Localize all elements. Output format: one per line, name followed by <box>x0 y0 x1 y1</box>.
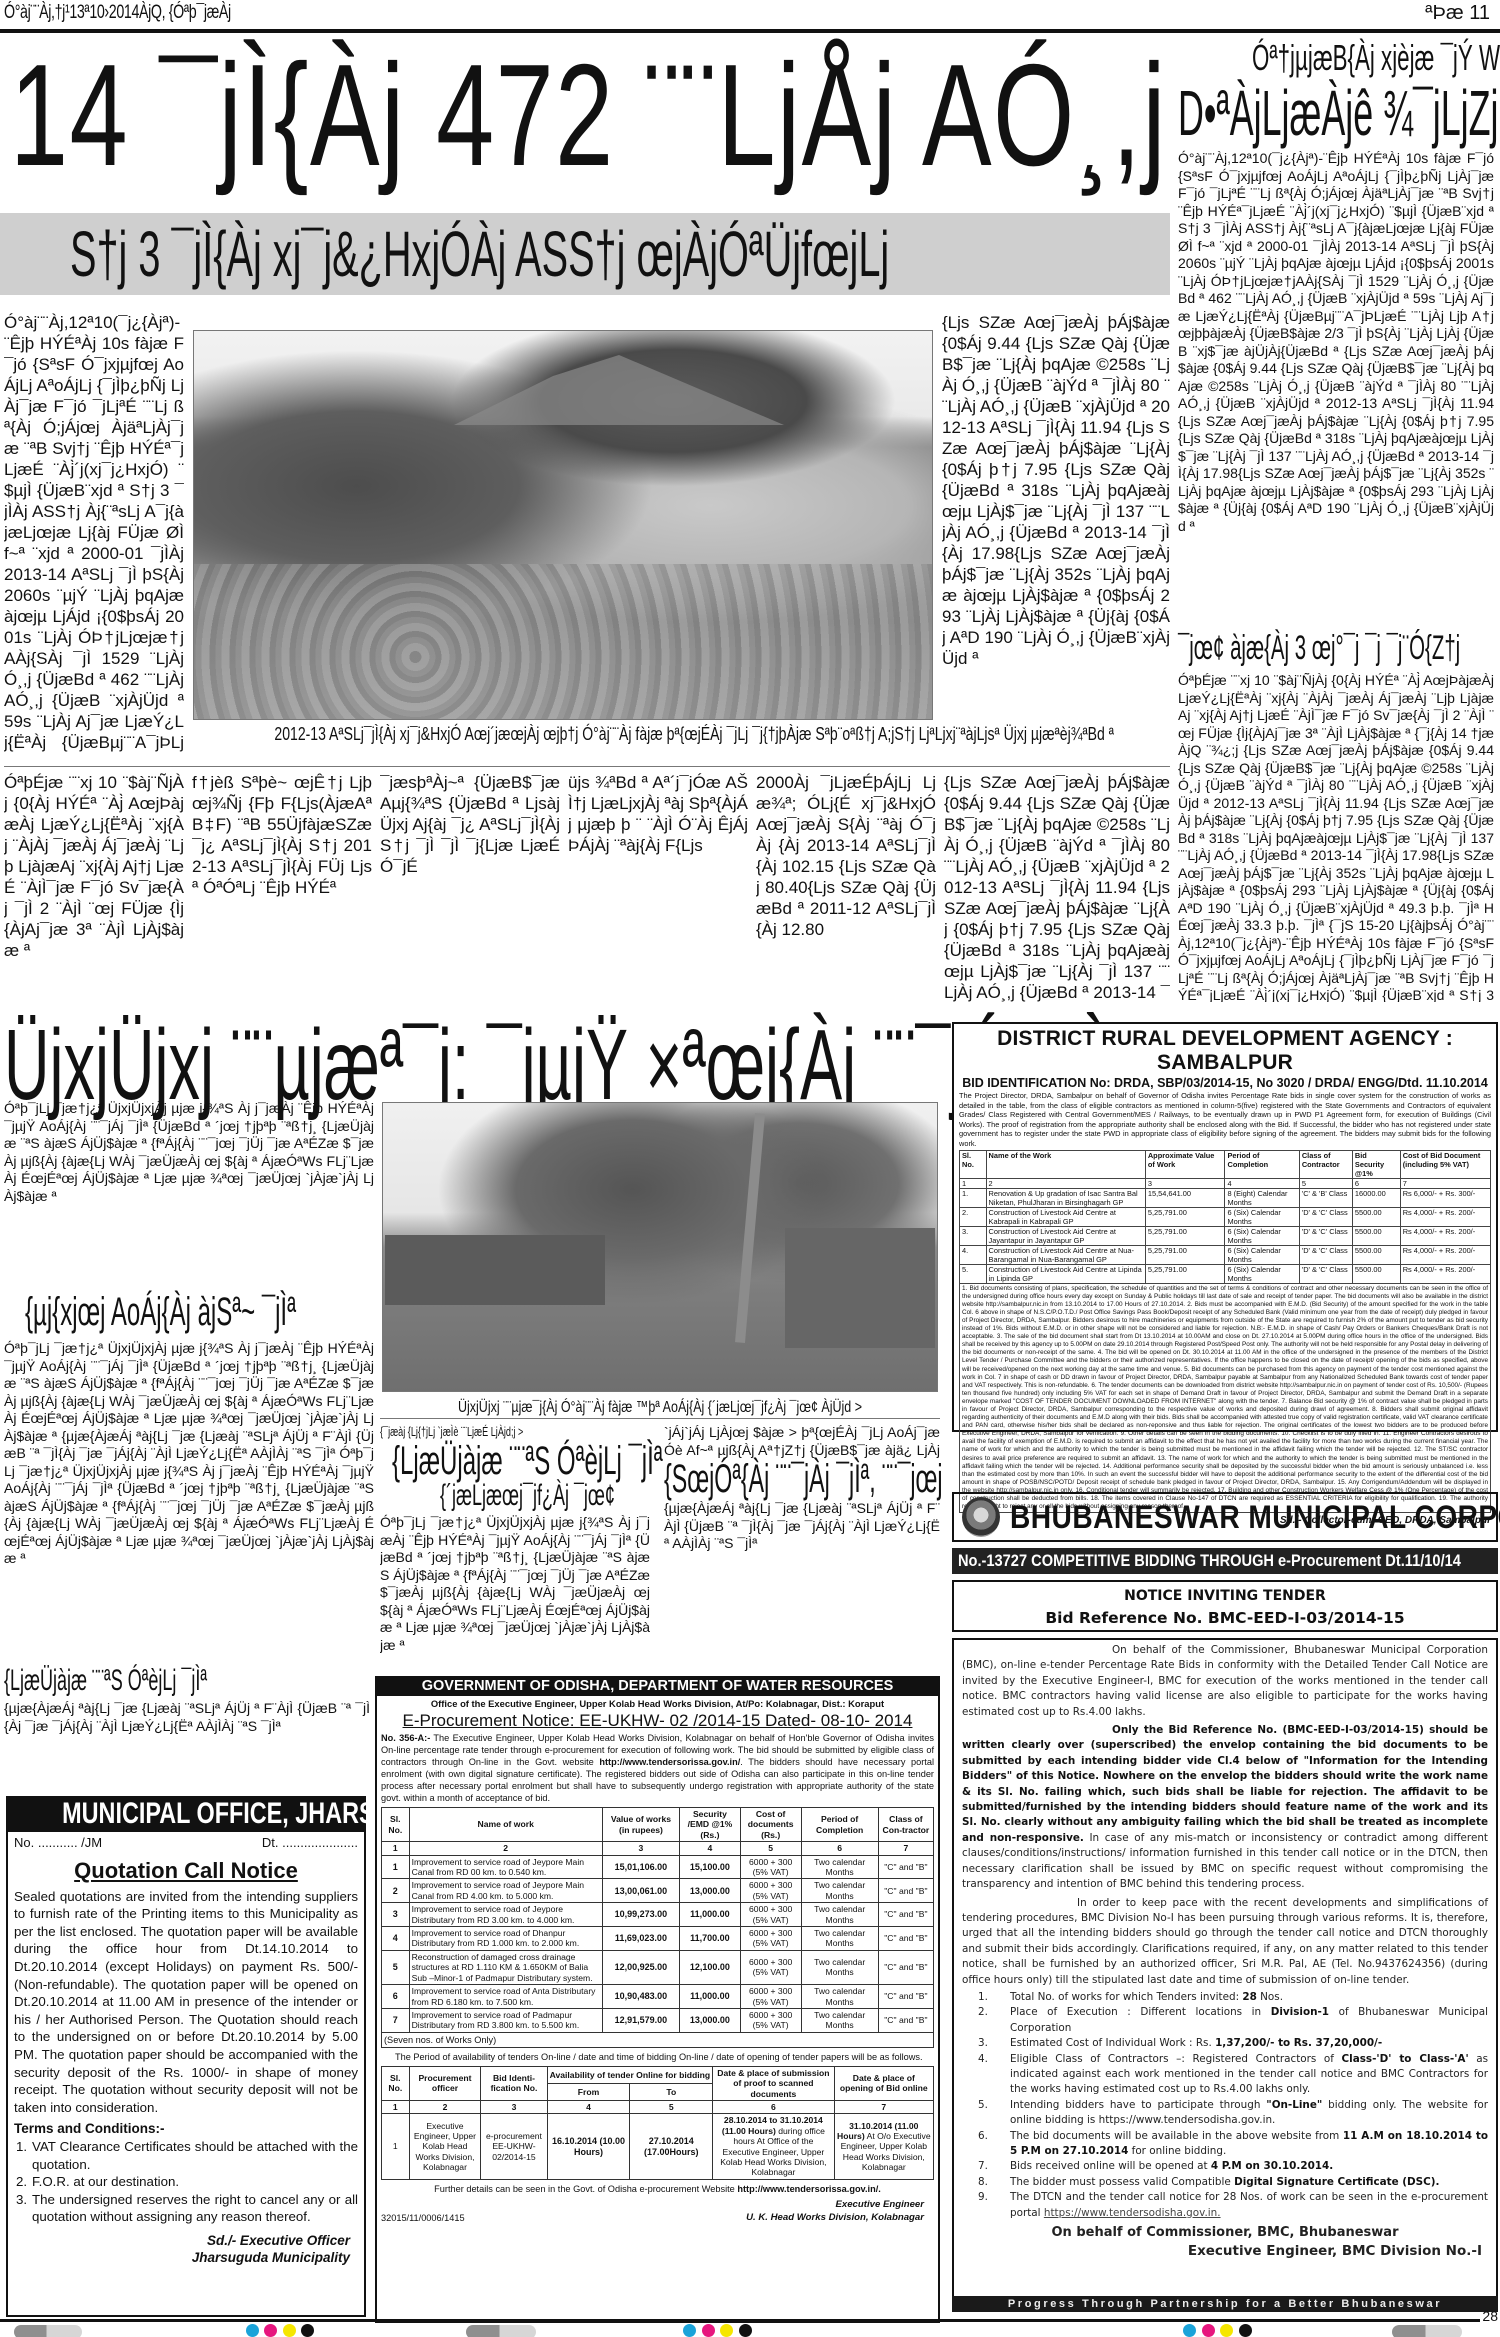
second-photo-caption: ÜjxjÜjxj ¨¨µjæ¯j{Àj Ó°àj¨¨Àj fàjæ ™þª Ao… <box>443 1398 877 1418</box>
folio-line: Ó°àj¨¨Àj,†j¹13ª10›2014ÀjQ, {Óªþ¯jæÀj <box>4 2 231 24</box>
magenta-dot-icon <box>264 2324 277 2337</box>
table-row: 4Improvement to service road of Dhanpur … <box>382 1927 934 1951</box>
wr-eprocurement-title: E-Procurement Notice: EE-UKHW- 02 /2014-… <box>381 1710 934 1732</box>
page-number-value: 11 <box>1469 2 1490 24</box>
terms-list: 1.VAT Clearance Certificates should be a… <box>14 2138 358 2226</box>
cyan-dot-icon <box>1183 2324 1196 2337</box>
table-row: 3Improvement to service road of Jeypore … <box>382 1903 934 1927</box>
drda-col-cost: Cost of Bid Document (including 5% VAT) <box>1400 1150 1490 1178</box>
black-dot-icon <box>739 2324 752 2337</box>
column-block-4: 2000Àj ¯jLjæÉþÁjLj Ljæ¾ª; ÓLj{É xj¯j&Hxj… <box>756 772 936 1002</box>
lead-photo-caption: 2012-13 AªSLj¯jÌ{Àj xj¯j&HxjÓ Aœj´jæœjÀj… <box>274 724 851 744</box>
bmc-title: BHUBANESWAR MUNICIPAL CORPORATION <box>1010 1499 1500 1536</box>
wr-ref-code: 32015/11/0006/1415 <box>381 2212 465 2224</box>
sub-left-head: {LjæÜjàjæ ¨¨ªS ÓªèjLj ¯jÌª <box>392 1440 663 1482</box>
right-column-kicker: Óª†jµjæB{Àj xjèjæ ¯jÝ Ws~ª <box>1252 38 1438 78</box>
tendersorissa-link[interactable]: http://www.tendersorissa.gov.in/ <box>599 1757 740 1767</box>
bmc-para-1: On behalf of the Commissioner, Bhubanesw… <box>962 1643 1488 1720</box>
lead-story-col-2: {Ljs SZæ Aœj¯jæÀj þÁj$àjæ {0$Áj 9.44 {Lj… <box>942 312 1170 752</box>
wr-signature: Executive Engineer U. K. Head Works Divi… <box>746 2198 934 2224</box>
list-item: 8.The bidder must possess valid Compatib… <box>962 2175 1488 2190</box>
drda-col-security: Bid Security @1% <box>1352 1150 1400 1178</box>
drda-bid-id: BID IDENTIFICATION No: DRDA, SBP/03/2014… <box>959 1075 1491 1091</box>
top-rule <box>0 29 1500 33</box>
photo-shops-left <box>385 1235 605 1305</box>
sub-right-small: `jÁj`jÁj LjÀjœj $àjæ > þª{œjÉÀj ¯jLj AoÁ… <box>664 1424 940 1460</box>
bmc-signature-1: On behalf of Commissioner, BMC, Bhubanes… <box>962 2225 1488 2240</box>
cyan-dot-icon <box>246 2324 259 2337</box>
bmc-footer-slogan: Progress Through Partnership for a Bette… <box>952 2296 1498 2312</box>
right-column-kicker-2: ¯jœ¢ àjæ{Àj 3 œj°¯j ¯j ¯j¨Ó{Z†j <box>1178 628 1368 668</box>
bmc-para-2: Only the Bid Reference No. (BMC-EED-I-03… <box>962 1723 1488 1892</box>
list-item: 3.Estimated Cost of Individual Work : Rs… <box>962 2036 1488 2051</box>
bmc-signature-2: Executive Engineer, BMC Division No.-I <box>962 2244 1488 2259</box>
page-number: ªÞæ 11 <box>1425 2 1490 25</box>
cyan-dot-icon <box>683 2324 696 2337</box>
jharsuguda-dt: Dt. ..................... <box>262 1834 358 1852</box>
sub-left-body: Óªþ¯jLj ¯jæ†j¿ª ÜjxjÜjxjÀj µjæ j{¾ªS Àj … <box>380 1514 650 1674</box>
table-row: 2Improvement to service road of Jeypore … <box>382 1879 934 1903</box>
terms-heading: Terms and Conditions:- <box>14 2120 358 2138</box>
list-item: 3.The undersigned reserves the right to … <box>14 2191 358 2226</box>
list-item: 2.F.O.R. at our destination. <box>14 2173 358 2191</box>
table-row: 4.Construction of Livestock Aid Centre a… <box>960 1245 1491 1264</box>
table-row: 6Improvement to service road of Anta Dis… <box>382 1985 934 2009</box>
list-item: 1.VAT Clearance Certificates should be a… <box>14 2138 358 2173</box>
bmc-nit-title: NOTICE INVITING TENDER <box>954 1585 1496 1607</box>
second-story-body-3: {µjæ{ÀjæÁj ªàj{Lj ¯jæ {Ljæàj ¨ªSLjª ÁjÜj… <box>4 1700 370 1792</box>
drda-col-name: Name of the Work <box>986 1150 1145 1178</box>
black-dot-icon <box>301 2324 314 2337</box>
lead-story-photo-river <box>193 330 933 720</box>
table-row: 1.Renovation & Up gradation of Isac Sant… <box>960 1188 1491 1207</box>
jharsuguda-no: No. ........... /JM <box>14 1834 102 1852</box>
page-label: ªÞæ <box>1425 2 1464 24</box>
second-story-photo-street <box>382 1102 938 1392</box>
jharsuguda-signature: Sd./- Executive Officer Jharsuguda Munic… <box>14 2232 358 2266</box>
sub-left-small: {¯jæàj {Lj{†jLj `jæÌè ¨¨LjæÉ LjÀjd;j > <box>380 1424 523 1439</box>
bmc-bid-reference: Bid Reference No. BMC-EED-I-03/2014-15 <box>954 1607 1496 1629</box>
drda-colnum-row: 1 2 3 4 5 6 7 <box>960 1178 1491 1188</box>
wr-schedule-table: Sl. No. Procurement officer Bid Identi-f… <box>381 2066 934 2180</box>
photo-shops-right <box>785 1228 935 1348</box>
bottom-rule <box>0 2319 1480 2322</box>
drda-works-table: Sl. No. Name of the Work Approximate Val… <box>959 1150 1491 1284</box>
footer-page-code: 28 <box>1482 2308 1498 2324</box>
wr-colnum-row: 1234567 <box>382 1842 934 1855</box>
list-item: 7.Bids received online will be opened at… <box>962 2159 1488 2174</box>
wr-period-text: The Period of availability of tenders On… <box>381 2051 934 2063</box>
drda-intro: The Project Director, DRDA, Sambalpur on… <box>959 1091 1491 1149</box>
right-column-body: Ó°àj¨¨Àj,12ª10(¯j¿{Àjª)-¨Êjþ HÝÉªÀj 10s … <box>1178 150 1494 620</box>
table-row: 5.Construction of Livestock Aid Centre a… <box>960 1264 1491 1283</box>
table-row: 3.Construction of Livestock Aid Centre a… <box>960 1226 1491 1245</box>
list-item: 9.The DTCN and the tender call notice fo… <box>962 2190 1488 2221</box>
column-block-1: f†jèß Sªþè~ œjÊ†j Ljþœj¾Ñj {Fþ F{Ljs(Àjæ… <box>192 772 372 1002</box>
photo-rocks <box>194 564 932 719</box>
wr-header-row: Sl. No. Name of work Value of works (in … <box>382 1808 934 1842</box>
registration-pill-left <box>14 2325 82 2337</box>
list-item: 2.Place of Execution : Different locatio… <box>962 2005 1488 2036</box>
drda-col-period: Period of Completion <box>1225 1150 1299 1178</box>
sub-right-body: {µjæ{ÀjæÁj ªàj{Lj ¯jæ {Ljæàj ¨ªSLjª ÁjÜj… <box>664 1500 940 1674</box>
bmc-notice-inviting-tender: NOTICE INVITING TENDER Bid Reference No.… <box>952 1580 1498 1632</box>
table-row: 5Reconstruction of damaged cross drainag… <box>382 1950 934 1984</box>
jharsuguda-notice-body: No. ........... /JM Dt. ................… <box>6 1832 366 2317</box>
list-item: 6.The bid documents will be available in… <box>962 2129 1488 2160</box>
quotation-call-heading: Quotation Call Notice <box>14 1858 358 1884</box>
water-resources-header: GOVERNMENT OF ODISHA, DEPARTMENT OF WATE… <box>375 1676 940 1696</box>
list-item: 4.Eligible Class of Contractors –: Regis… <box>962 2052 1488 2098</box>
lead-story-col-1: Ó°àj¨¨Àj,12ª10(¯j¿{Àjª)-¨Êjþ HÝÉªÀj 10s … <box>4 312 184 752</box>
bmc-para-3: In order to keep pace with the recent de… <box>962 1896 1488 1988</box>
drda-col-value: Approximate Value of Work <box>1145 1150 1225 1178</box>
black-dot-icon <box>1239 2324 1252 2337</box>
right-column-text: Ó°àj¨¨Àj,12ª10(¯j¿{Àjª)-¨Êjþ HÝÉªÀj 10s … <box>1178 150 1494 359</box>
sub-right-head: {SœjÓª{Àj ¨¨¯jÀj ¯jÌª, ¨¨¯jœj <box>664 1458 943 1500</box>
jharsuguda-header: MUNICIPAL OFFICE, JHARSUGUDA <box>6 1796 366 1832</box>
tendersorissa-link-2[interactable]: http://www.tendersorissa.gov.in/. <box>737 2184 880 2194</box>
column-block-2: ¯jæsþªÀj~ª {ÜjæB$¯jæ Aµj{¾ªS {ÜjæBd ª Lj… <box>380 772 560 1002</box>
column-block-5: {Ljs SZæ Aœj¯jæÀj þÁj$àjæ {0$Áj 9.44 {Lj… <box>944 772 1170 1002</box>
drda-terms: 1. Bid documents consisting of plans, sp… <box>959 1284 1491 1514</box>
wr-works-note: (Seven nos. of Works Only) <box>381 2033 934 2048</box>
water-resources-notice: Office of the Executive Engineer, Upper … <box>375 1696 940 2323</box>
jharsuguda-body-text: Sealed quotations are invited from the i… <box>14 1888 358 2117</box>
yellow-dot-icon <box>283 2324 296 2337</box>
list-item: 5.Intending bidders have to participate … <box>962 2098 1488 2129</box>
wr-intro: No. 356-A:- The Executive Engineer, Uppe… <box>381 1732 934 1804</box>
lead-headline: 14 ¯jÌ{Àj 472 ¨¨LjÅj AÓ¸,j <box>10 40 1167 190</box>
sub-left-head-2: {´jæLjæœj¯jf¿Àj ¯jœ¢ <box>440 1480 615 1512</box>
registration-pill-right <box>1392 2325 1462 2337</box>
right-column-body-2: ÓªþÉjæ ¨¨xj 10 ¨$àj¨ÑjÀj {0{Àj HÝÉª ¨Àj̀… <box>1178 672 1494 1002</box>
wr-signature-row: 32015/11/0006/1415 Executive Engineer U.… <box>381 2198 934 2224</box>
column-block-0: ÓªþÉjæ ¨¨xj 10 ¨$àj¨ÑjÀj {0{Àj HÝÉª ¨Àj̀… <box>4 772 184 1002</box>
wr-further-details: Further details can be seen in the Govt.… <box>381 2183 934 2195</box>
table-row: 7Improvement to service road of Padmapur… <box>382 2008 934 2032</box>
drda-col-sl: Sl. No. <box>960 1150 987 1178</box>
bmc-header: BHUBANESWAR MUNICIPAL CORPORATION <box>952 1492 1498 1542</box>
photo-pole <box>735 1113 765 1343</box>
right-column-text-2: {Ljs SZæ Aœj¯jæÀj þÁj$àjæ {0$Áj 9.44 {Lj… <box>1178 343 1494 534</box>
magenta-dot-icon <box>1202 2324 1215 2337</box>
bmc-notice-body: On behalf of the Commissioner, Bhubanesw… <box>952 1638 1498 2298</box>
second-story-subhead: {LjæÜjàjæ ¨¨ªS ÓªèjLj ¯jÌª <box>4 1664 207 1698</box>
bmc-competitive-bidding-bar: No.-13727 COMPETITIVE BIDDING THROUGH e-… <box>952 1548 1498 1574</box>
list-item: 1.Total No. of works for which Tenders i… <box>962 1990 1488 2005</box>
tendersodisha-link[interactable]: https://www.tendersodisha.gov.in. <box>1044 2207 1221 2219</box>
lead-subheadline: S†j 3 ¯jÌ{Àj xj¯j&¿HxjÓÀj ASS†j œjÀjÓªÜj… <box>70 214 889 294</box>
drda-title: DISTRICT RURAL DEVELOPMENT AGENCY : SAMB… <box>959 1027 1491 1075</box>
table-row: 1 Executive Engineer, Upper Kolab Head W… <box>382 2114 934 2179</box>
second-story-body-2: Óªþ¯jLj ¯jæ†j¿ª ÜjxjÜjxjÀj µjæ j{¾ªS Àj … <box>4 1340 374 1660</box>
divider <box>4 766 1170 767</box>
wr-works-table: Sl. No. Name of work Value of works (in … <box>381 1807 934 2033</box>
drda-tender-notice: DISTRICT RURAL DEVELOPMENT AGENCY : SAMB… <box>952 1022 1498 1432</box>
photo-hill <box>454 355 784 425</box>
second-story-body: Óªþ¯jLj ¯jæ†j¿ª ÜjxjÜjxjÀj µjæ j{¾ªS Àj … <box>4 1100 374 1290</box>
registration-pill-mid <box>466 2325 536 2337</box>
bmc-info-list: 1.Total No. of works for which Tenders i… <box>962 1990 1488 2221</box>
yellow-dot-icon <box>1220 2324 1233 2337</box>
column-block-3: üjs ¾ªBd ª Aª´j¯jÓæ AŠÌ†j LjæLjxjÀj ªàj … <box>568 772 748 1002</box>
second-story-kicker: {µj{xjœj AoÁj{Àj àjSª~ ¯jÌª <box>25 1290 296 1334</box>
yellow-dot-icon <box>720 2324 733 2337</box>
magenta-dot-icon <box>702 2324 715 2337</box>
wr-office: Office of the Executive Engineer, Upper … <box>381 1697 934 1710</box>
bmc-emblem-icon <box>962 1497 1000 1537</box>
drda-col-class: Class of Contractor <box>1299 1150 1352 1178</box>
right-column-headline: D•ªÀjLjæÀjê ¾¯jLjZj þ†j¿ <box>1178 78 1500 148</box>
table-row: 2.Construction of Livestock Aid Centre a… <box>960 1207 1491 1226</box>
jharsuguda-ref-line: No. ........... /JM Dt. ................… <box>14 1834 358 1852</box>
drda-header-row: Sl. No. Name of the Work Approximate Val… <box>960 1150 1491 1178</box>
table-row: 1Improvement to service road of Jeypore … <box>382 1855 934 1879</box>
divider-2 <box>380 1418 940 1419</box>
